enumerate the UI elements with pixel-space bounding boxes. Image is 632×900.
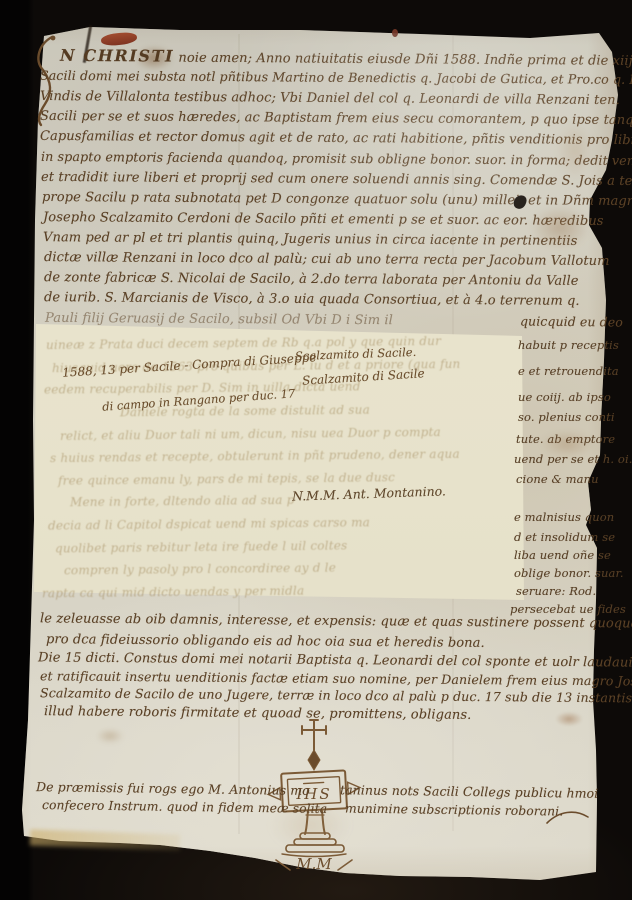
margin-line: seruare: Rod. — [516, 584, 596, 598]
notary-initials: M.M — [295, 855, 332, 872]
margin-line: e malnisius quon — [514, 510, 614, 524]
ghost-line: compren ly pasoly pro l concordiree ay d… — [64, 561, 336, 578]
margin-line: ue coiij. ab ipso — [518, 390, 611, 404]
signature-flourish-icon — [545, 806, 591, 830]
margin-line: uend per se et h. oi. — [514, 452, 632, 466]
margin-line: so. plenius conti — [518, 410, 615, 424]
margin-line: oblige bonor. suar. — [514, 566, 624, 580]
margin-line: persecebat ue fides — [510, 602, 626, 616]
ghost-line: rapta ca qui mid dicto uendas y per midl… — [42, 584, 304, 601]
margin-line: e et retrouendita — [518, 364, 619, 378]
margin-line: cione & manu — [516, 472, 599, 486]
ghost-line: Mene in forte, dltendo alia ad sua p — [70, 493, 295, 509]
incipit-text: N CHRISTI — [60, 46, 174, 66]
margin-line: liba uend oñe se — [514, 548, 611, 562]
photo-background: N CHRISTI noie amen; Anno natiuitatis ei… — [0, 0, 632, 900]
manuscript-line: quicquid eu deo — [520, 313, 623, 329]
margin-line: d et insolidum se — [514, 530, 615, 544]
margin-line: tute. ab emptore — [516, 432, 615, 446]
margin-line: habuit p receptis — [518, 338, 619, 352]
